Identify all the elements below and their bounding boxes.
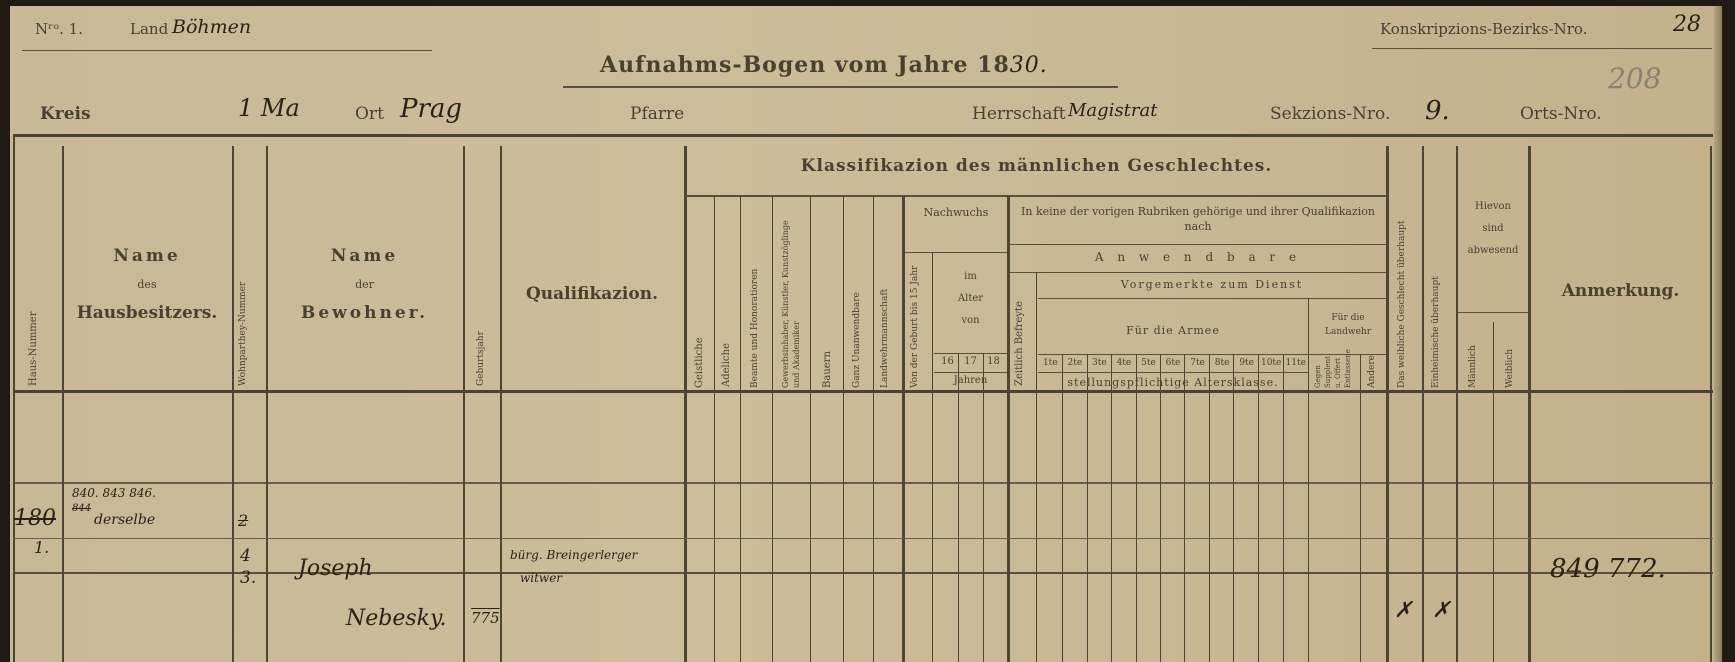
ort-value: Prag (400, 94, 462, 124)
header-ganz-unanwendbare: Ganz Unanwendbare (852, 296, 862, 388)
census-sheet: Nʳᵒ. 1. Land Böhmen Aufnahms-Bogen vom J… (10, 6, 1722, 662)
header-jahren: Jahren (934, 375, 1007, 386)
row2-bewohner-last: Nebesky. (346, 606, 447, 631)
header-klassifikazion: Klassifikazion des männlichen Geschlecht… (687, 156, 1386, 176)
header-hievon-abwesend: Hievonsindabwesend (1458, 196, 1528, 262)
header-landwehrmannschaft: Landwehrmannschaft (880, 276, 890, 388)
header-beamte: Beamte und Honoratioren (750, 266, 760, 388)
row2-anmerkung: 849 772. (1550, 554, 1666, 584)
row2-wohnparthey-a: 4 (240, 546, 251, 566)
row2-weibliche-mark: ✗ (1394, 598, 1412, 623)
header-im-alter-von: imAltervon (934, 266, 1007, 332)
header-nachwuchs: Nachwuchs (905, 206, 1007, 219)
row2-bewohner-first: Joseph (298, 556, 373, 581)
header-vorgemerkte: Vorgemerkte zum Dienst (1038, 278, 1386, 291)
header-fuer-landwehr: Für die Landwehr (1310, 311, 1386, 339)
sektion-label: Sekzions-Nro. (1270, 104, 1390, 124)
district-value: 28 (1673, 12, 1701, 37)
header-anmerkung: Anmerkung. (1531, 281, 1710, 301)
header-fuer-armee: Für die Armee (1038, 324, 1308, 337)
header-weiblich: Weiblich (1505, 351, 1515, 388)
row2-qualifikazion-2: witwer (520, 571, 562, 585)
header-wohnparthey-nummer: Wohnparthey-Nummer (238, 281, 248, 386)
kreis-value: 1 Ma (238, 94, 300, 122)
header-haus-nummer: Haus-Nummer (28, 306, 39, 386)
header-maennlich: Männlich (1468, 351, 1478, 388)
sheet-number: Nʳᵒ. 1. (35, 20, 83, 38)
herrschaft-value: Magistrat (1068, 100, 1157, 121)
district-label: Konskripzions-Bezirks-Nro. (1380, 20, 1587, 38)
orts-label: Orts-Nro. (1520, 104, 1602, 124)
row1-wohnparthey: 2 (238, 511, 248, 530)
header-stellungspflichtige: stellungspflichtige Altersklasse. (1038, 376, 1308, 389)
header-adeliche: Adeliche (721, 331, 732, 387)
header-geistliche: Geistliche (694, 326, 705, 388)
land-label: Land (130, 20, 168, 38)
row2-wohnparthey-b: 3. (240, 568, 256, 588)
row2-geburtsjahr: 775 (471, 609, 500, 627)
header-gegen-supplent: Gegen Supplent u. Offert Entlassene (1313, 356, 1357, 388)
header-nachwuchs-birth: Von der Geburt bis 15 Jahr (910, 261, 920, 388)
row1-hausbesitzer-nums: 840. 843 846. (72, 486, 156, 500)
form-title: Aufnahms-Bogen vom Jahre 1830. (600, 52, 1048, 78)
pfarre-label: Pfarre (630, 104, 684, 124)
header-anwendbare: A n w e n d b a r e (1010, 250, 1386, 264)
header-altersklassen: 1te 2te 3te 4te 5te 6te 7te 8te 9te 10te… (1038, 358, 1308, 368)
kreis-label: Kreis (40, 104, 91, 124)
header-ages: 16 17 18 (936, 356, 1005, 367)
land-value: Böhmen (172, 16, 251, 38)
ort-label: Ort (355, 104, 384, 124)
header-geburtsjahr: Geburtsjahr (476, 336, 486, 386)
header-in-keine: In keine der vorigen Rubriken gehörige u… (1010, 204, 1386, 234)
row1-hausbesitzer-sub: 844 (72, 503, 91, 514)
header-qualifikazion: Qualifikazion. (500, 284, 684, 304)
page-edge (1714, 6, 1722, 662)
sektion-value: 9. (1425, 96, 1450, 126)
header-einheimische: Einheimische überhaupt (1431, 296, 1441, 388)
header-weibliche: Das weibliche Geschlecht überhaupt (1397, 246, 1407, 388)
row2-einheimische-mark: ✗ (1432, 598, 1450, 623)
row1-hausbesitzer: derselbe (94, 512, 155, 528)
row2-qualifikazion-1: bürg. Breingerlerger (510, 548, 637, 562)
row1-haus-nummer: 180 (14, 506, 56, 531)
header-bauern: Bauern (822, 336, 833, 388)
header-gewerbsinhaber: Gewerbsinhaber, Künstler, Kunstzöglinge … (780, 216, 806, 388)
row2-haus-nummer: 1. (34, 538, 49, 557)
herrschaft-label: Herrschaft (972, 104, 1066, 124)
header-hausbesitzer: Name des Hausbesitzers. (62, 246, 232, 323)
header-bewohner: Name der Bewohner. (266, 246, 463, 323)
header-zeitlich-befreyte: Zeitlich Befreyte (1014, 311, 1025, 386)
header-andere: Andere (1367, 351, 1377, 388)
pencil-note: 208 (1608, 62, 1661, 95)
